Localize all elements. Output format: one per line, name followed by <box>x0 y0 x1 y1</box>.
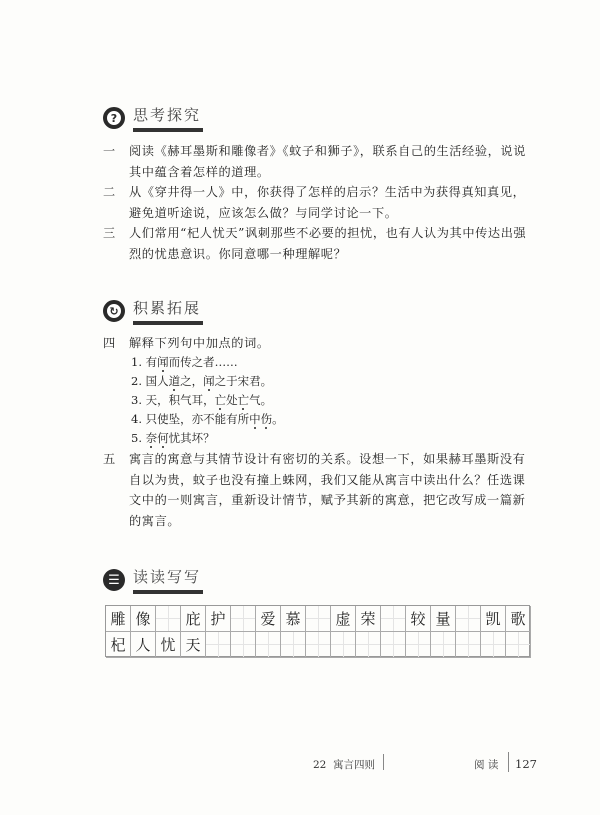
question-3: 三 人们常用“杞人忧天”讽刺那些不必要的担忧，也有人认为其中传达出强烈的忧患意识… <box>103 223 533 264</box>
word-practice-grid: 雕像庇护爱慕虚荣较量凯歌杞人忧天 <box>105 605 530 657</box>
emphasized-word: 亡 <box>238 393 250 407</box>
sub-item-text: 而传之者…… <box>169 355 238 369</box>
sub-item-text: 气。 <box>249 393 272 407</box>
question-number: 二 <box>103 182 125 203</box>
sub-item-text: 只使坠，亦不能有所 <box>146 412 250 426</box>
grid-cell <box>256 632 281 658</box>
sub-item-text: 国人 <box>146 374 169 388</box>
sub-item-text: 。 <box>272 412 284 426</box>
grid-cell: 慕 <box>281 606 306 632</box>
grid-cell <box>231 606 256 632</box>
section-header-extend: ↻ 积累拓展 <box>103 297 203 325</box>
question-1: 一 阅读《赫耳墨斯和雕像者》《蚊子和狮子》，联系自己的生活经验，说说其中蕴含着怎… <box>103 141 533 182</box>
grid-cell <box>431 632 456 658</box>
question-number: 五 <box>103 449 125 470</box>
emphasized-word: 何 <box>157 431 169 445</box>
sub-item-1: 1. 有闻而传之者…… <box>131 354 238 372</box>
sub-item-label: 5. <box>131 431 146 445</box>
section-header-write: ☰ 读读写写 <box>103 566 203 594</box>
grid-cell <box>356 632 381 658</box>
question-icon: ? <box>103 107 125 129</box>
question-number: 四 <box>103 333 125 354</box>
section-title: 思考探究 <box>133 104 203 128</box>
title-underline <box>133 128 203 132</box>
lesson-number: 22 <box>313 759 326 771</box>
grid-cell <box>406 632 431 658</box>
question-text: 寓言的寓意与其情节设计有密切的关系。设想一下，如果赫耳墨斯没有自以为贵，蚊子也没… <box>129 449 533 531</box>
question-number: 一 <box>103 141 125 162</box>
sub-item-text: 之于宋君。 <box>215 374 273 388</box>
grid-cell <box>306 632 331 658</box>
emphasized-word: 中 <box>249 412 261 426</box>
sub-item-label: 4. <box>131 412 146 426</box>
grid-cell <box>231 632 256 658</box>
sub-item-text: 有 <box>146 355 158 369</box>
emphasized-word: 道 <box>169 374 181 388</box>
question-text: 阅读《赫耳墨斯和雕像者》《蚊子和狮子》，联系自己的生活经验，说说其中蕴含着怎样的… <box>129 141 533 182</box>
sub-item-label: 1. <box>131 355 146 369</box>
grid-cell: 量 <box>431 606 456 632</box>
grid-cell: 荣 <box>356 606 381 632</box>
list-icon: ☰ <box>103 569 125 591</box>
grid-cell: 歌 <box>506 606 531 632</box>
sub-item-text: 处 <box>226 393 238 407</box>
emphasized-word: 亡 <box>215 393 227 407</box>
grid-cell: 像 <box>131 606 156 632</box>
grid-cell: 爱 <box>256 606 281 632</box>
footer-divider <box>383 754 384 770</box>
question-number: 三 <box>103 223 125 244</box>
sub-item-text: 天，积气耳， <box>146 393 215 407</box>
section-title: 积累拓展 <box>133 297 203 321</box>
grid-cell: 护 <box>206 606 231 632</box>
sub-item-2: 2. 国人道之，闻之于宋君。 <box>131 373 272 391</box>
lesson-title: 寓言四则 <box>333 759 375 771</box>
sub-item-text: 之， <box>180 374 203 388</box>
grid-cell <box>456 632 481 658</box>
emphasized-word: 伤 <box>261 412 273 426</box>
grid-cell: 庇 <box>181 606 206 632</box>
grid-cell: 较 <box>406 606 431 632</box>
grid-cell <box>156 606 181 632</box>
page-number: 127 <box>515 757 537 771</box>
question-text: 从《穿井得一人》中，你获得了怎样的启示？生活中为获得真知真见，避免道听途说，应该… <box>129 182 533 223</box>
grid-cell <box>331 632 356 658</box>
grid-cell <box>306 606 331 632</box>
emphasized-word: 奈 <box>146 431 158 445</box>
question-text: 人们常用“杞人忧天”讽刺那些不必要的担忧，也有人认为其中传达出强烈的忧患意识。你… <box>129 223 533 264</box>
footer-lesson: 22 寓言四则 <box>313 757 375 772</box>
grid-cell: 虚 <box>331 606 356 632</box>
grid-cell: 人 <box>131 632 156 658</box>
grid-cell: 凯 <box>481 606 506 632</box>
refresh-arrow-icon: ↻ <box>103 300 125 322</box>
grid-cell <box>456 606 481 632</box>
grid-cell <box>381 606 406 632</box>
footer-divider <box>508 752 509 772</box>
section-header-think: ? 思考探究 <box>103 104 203 132</box>
question-4: 四 解释下列句中加点的词。 <box>103 333 533 354</box>
grid-cell <box>481 632 506 658</box>
question-5: 五 寓言的寓意与其情节设计有密切的关系。设想一下，如果赫耳墨斯没有自以为贵，蚊子… <box>103 449 533 531</box>
grid-cell <box>206 632 231 658</box>
sub-item-label: 2. <box>131 374 146 388</box>
footer-unit: 阅 读 <box>474 757 498 772</box>
title-underline <box>133 590 203 594</box>
section-title: 读读写写 <box>133 566 203 590</box>
grid-cell: 杞 <box>106 632 131 658</box>
sub-item-3: 3. 天，积气耳，亡处亡气。 <box>131 392 272 410</box>
grid-cell <box>506 632 531 658</box>
grid-cell: 天 <box>181 632 206 658</box>
emphasized-word: 闻 <box>203 374 215 388</box>
grid-cell: 忧 <box>156 632 181 658</box>
title-underline <box>133 321 203 325</box>
sub-item-text: 忧其坏？ <box>169 431 215 445</box>
grid-cell <box>381 632 406 658</box>
grid-cell <box>281 632 306 658</box>
question-text: 解释下列句中加点的词。 <box>129 333 533 354</box>
question-2: 二 从《穿井得一人》中，你获得了怎样的启示？生活中为获得真知真见，避免道听途说，… <box>103 182 533 223</box>
sub-item-label: 3. <box>131 393 146 407</box>
sub-item-4: 4. 只使坠，亦不能有所中伤。 <box>131 411 284 429</box>
grid-cell: 雕 <box>106 606 131 632</box>
emphasized-word: 闻 <box>157 355 169 369</box>
sub-item-5: 5. 奈何忧其坏？ <box>131 430 215 448</box>
